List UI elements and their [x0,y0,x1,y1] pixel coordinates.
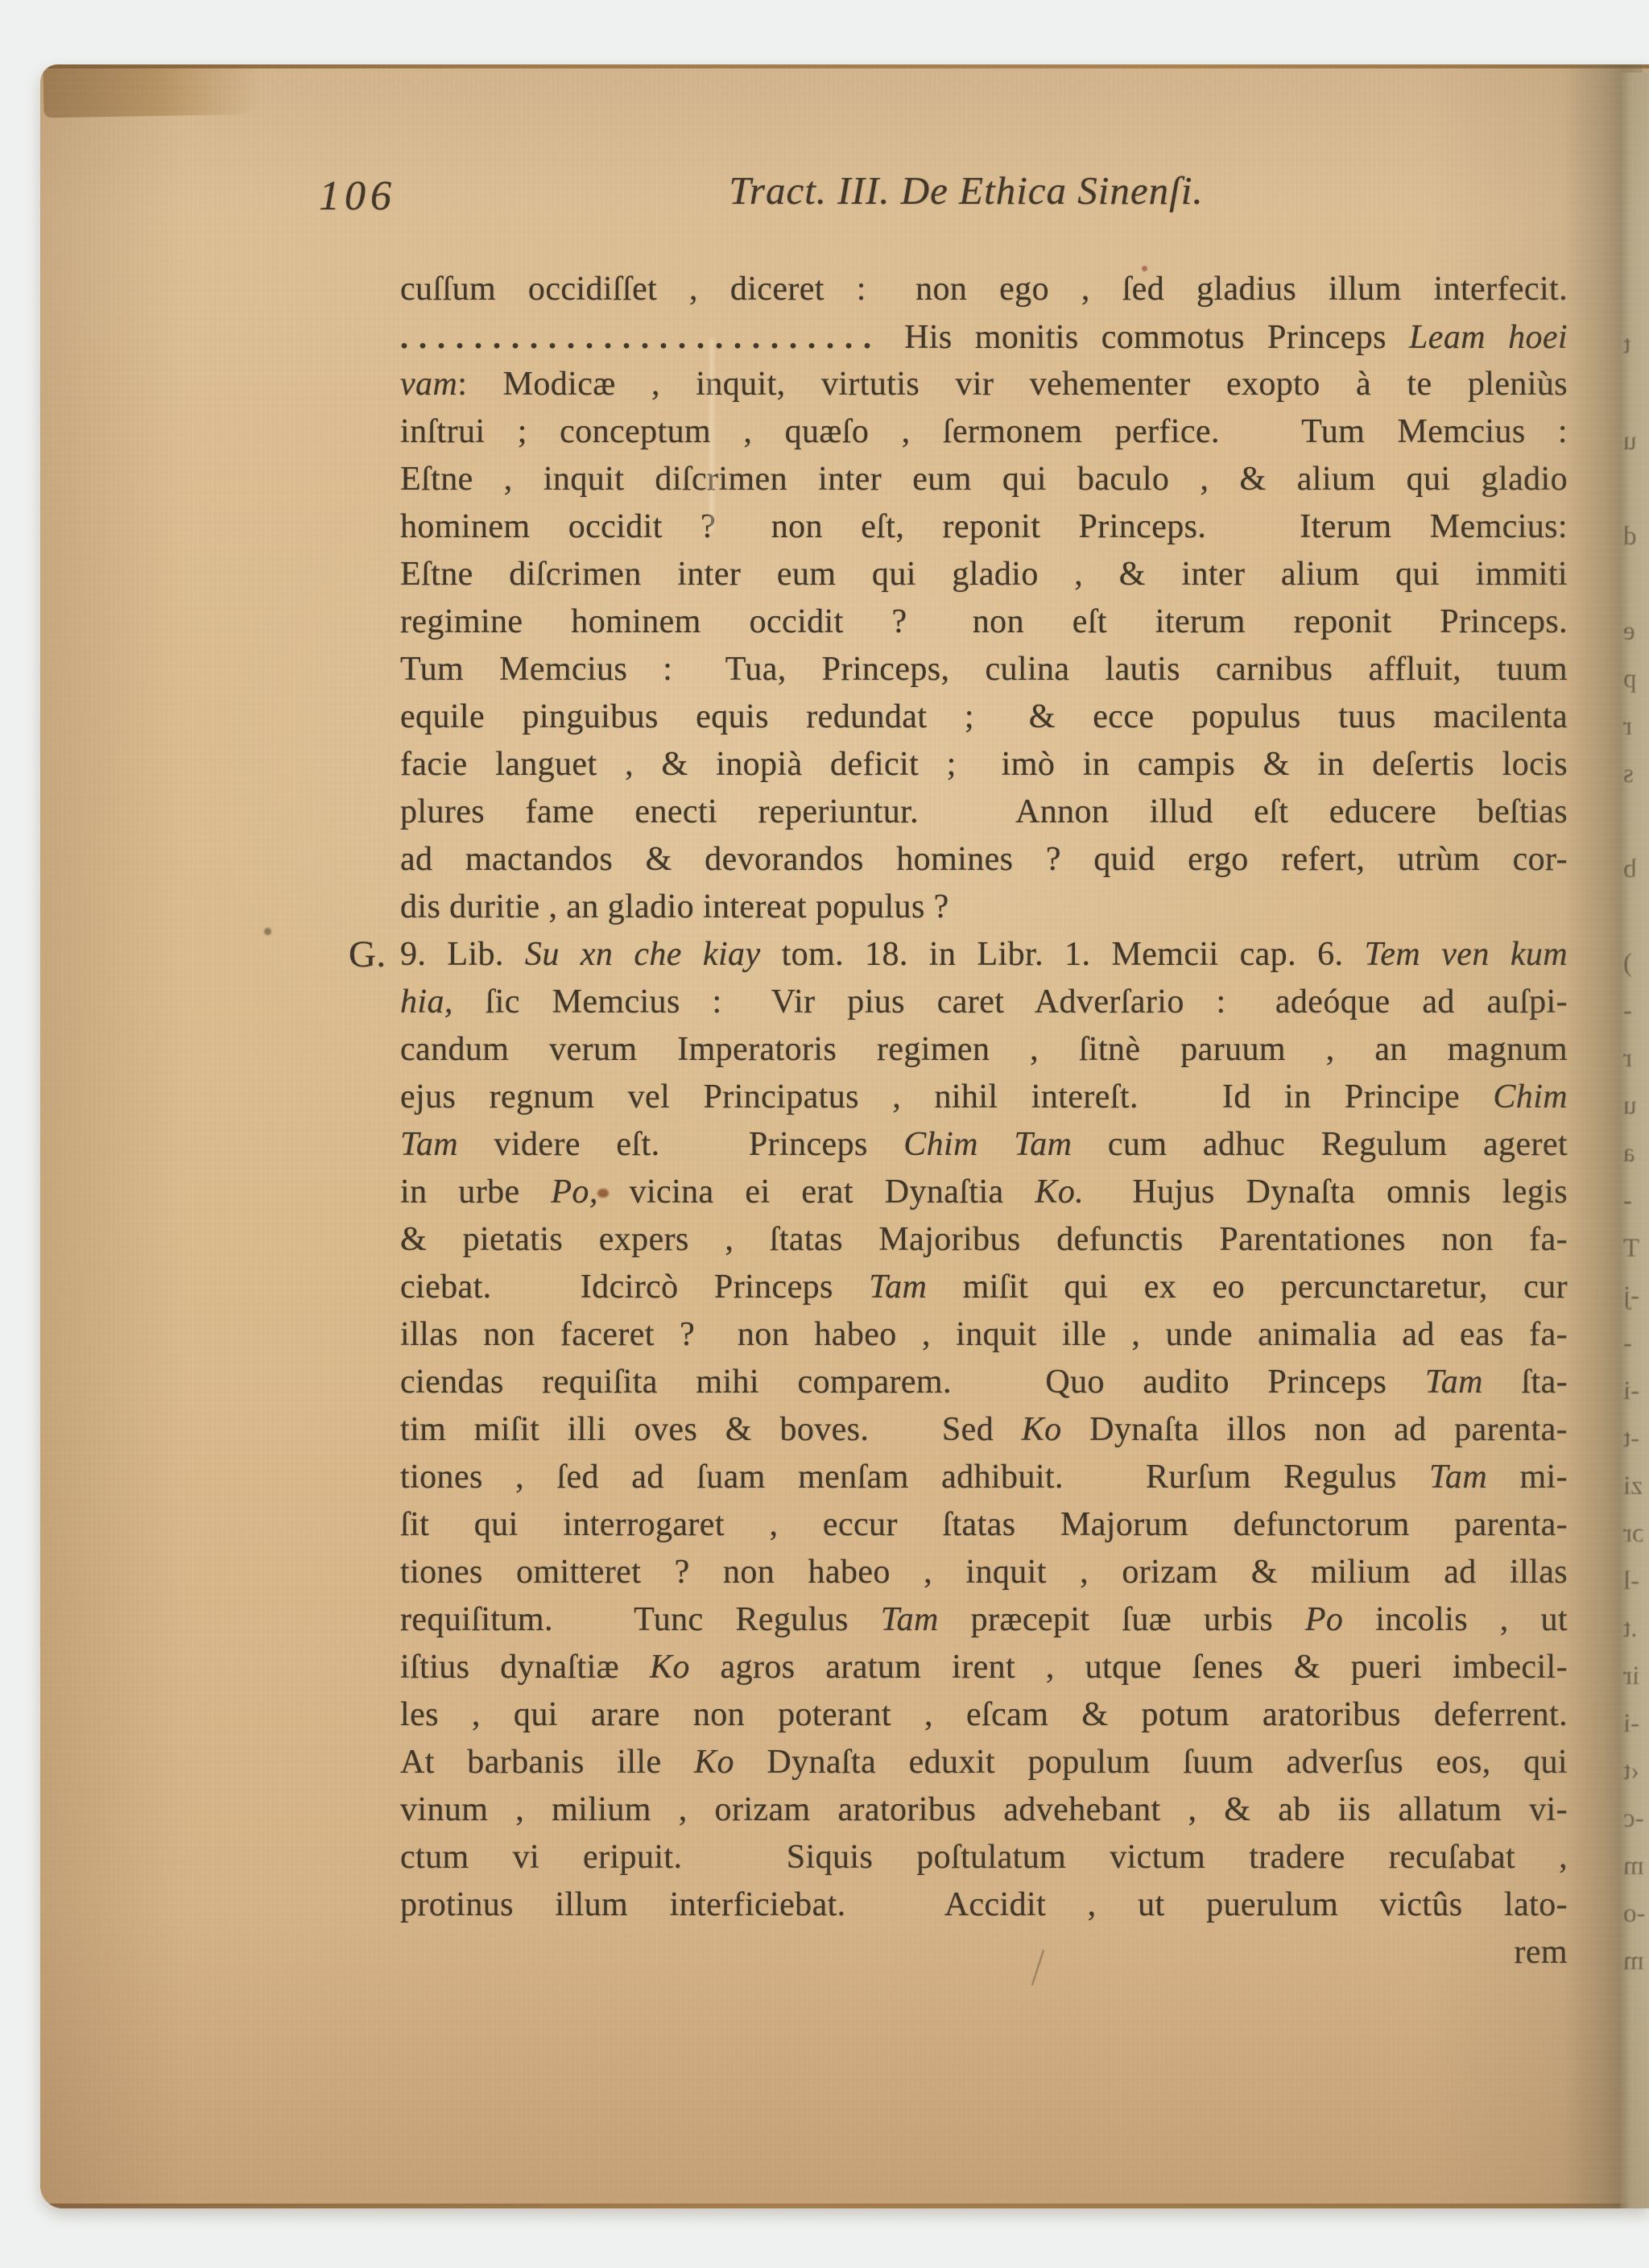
adjacent-page-text-fragment: r [1623,712,1632,741]
roman-text: præcepit ſuæ urbis [939,1601,1305,1638]
adjacent-page-text-fragment: ir [1623,1662,1639,1691]
roman-text: cuſſum occidiſſet , diceret : non ego , … [400,271,1568,308]
adjacent-page-text-fragment: ɔr [1623,1519,1644,1548]
roman-text: iſtius dynaſtiæ [400,1649,650,1686]
text-line: illas non faceret ? non habeo , inquit i… [400,1311,1568,1359]
scanned-book-spread: 106 Tract. III. De Ethica Sinenſi. cuſſu… [0,0,1649,2268]
ellipsis-leader: .......................... [400,319,882,355]
text-line: vam: Modicæ , inquit, virtutis vir vehem… [400,361,1568,408]
adjacent-page-edge: tudeprsb)-rua-T-j--i-tziɔr-l.tir-i‹t-cm-… [1620,72,1649,2208]
roman-text: tim miſit illi oves & boves. Sed [400,1411,1022,1448]
roman-text: protinus illum interficiebat. Accidit , … [400,1886,1568,1923]
roman-text: At barbanis ille [400,1744,694,1781]
adjacent-page-text-fragment: a [1623,1139,1635,1168]
roman-text: ejus regnum vel Principatus , nihil inte… [400,1078,1493,1115]
adjacent-page-text-fragment: -j [1623,1281,1639,1310]
italic-text: Ko [650,1649,690,1686]
adjacent-page-text-fragment: - [1623,1329,1632,1358]
adjacent-page-text-fragment: s [1623,759,1634,788]
text-line: hia, ſic Memcius : Vir pius caret Adverſ… [400,979,1568,1026]
body-text: cuſſum occidiſſet , diceret : non ego , … [400,266,1568,1976]
adjacent-page-text-fragment: -i [1623,1376,1639,1405]
roman-text: les , qui arare non poterant , eſcam & p… [400,1696,1568,1733]
running-title: Tract. III. De Ethica Sinenſi. [604,168,1329,213]
catchword: rem [400,1929,1568,1976]
roman-text: Eſtne , inquit diſcrimen inter eum qui b… [400,461,1568,498]
margin-gloss-letter: G. [349,931,386,979]
italic-text: Tam [400,1126,458,1163]
italic-text: Tam [869,1269,927,1306]
adjacent-page-text-fragment: -c [1623,1804,1644,1833]
text-line: ejus regnum vel Principatus , nihil inte… [400,1074,1568,1121]
roman-text: facie languet , & inopià deficit ; imò i… [400,746,1568,783]
italic-text: Ko [694,1744,734,1781]
text-line: tiones , ſed ad ſuam menſam adhibuit. Ru… [400,1454,1568,1501]
roman-text: equile pinguibus equis redundat ; & ecce… [400,698,1568,735]
roman-text: videre eſt. Princeps [458,1126,903,1163]
text-line: ciendas requiſita mihi comparem. Quo aud… [400,1359,1568,1406]
roman-text: 9. Lib. [400,936,525,973]
text-line: in urbe Po, vicina ei erat Dynaſtia Ko. … [400,1169,1568,1216]
adjacent-page-text-fragment: e [1623,617,1635,646]
italic-text: Po, [551,1173,597,1211]
text-line: hominem occidit ? non eſt, reponit Princ… [400,503,1568,551]
adjacent-page-text-fragment: m [1623,1852,1644,1881]
roman-text: rem [1515,1934,1568,1971]
text-line: ciebat. Idcircò Princeps Tam miſit qui e… [400,1264,1568,1311]
italic-text: Chim Tam [903,1126,1072,1163]
roman-text: & pietatis expers , ſtatas Majoribus def… [400,1221,1568,1258]
adjacent-page-text-fragment: -t [1623,1424,1639,1453]
italic-text: Leam hoei [1409,319,1568,356]
roman-text: Dynaſta eduxit populum ſuum adverſus eos… [734,1744,1568,1781]
adjacent-page-text-fragment: - [1623,996,1632,1025]
text-line: les , qui arare non poterant , eſcam & p… [400,1691,1568,1739]
text-line: ſit qui interrogaret , eccur ſtatas Majo… [400,1501,1568,1549]
roman-text: Hujus Dynaſta omnis legis [1084,1173,1568,1211]
roman-text: candum verum Imperatoris regimen , ſitnè… [400,1031,1568,1068]
text-line: regimine hominem occidit ? non eſt iteru… [400,598,1568,646]
roman-text: hominem occidit ? non eſt, reponit Princ… [400,508,1568,545]
text-line: ad mactandos & devorandos homines ? quid… [400,836,1568,884]
text-line: inſtrui ; conceptum , quæſo , ſermonem p… [400,408,1568,456]
text-line: Eſtne , inquit diſcrimen inter eum qui b… [400,456,1568,503]
roman-text: tom. 18. in Libr. 1. Memcii cap. 6. [761,936,1365,973]
italic-text: Chim [1493,1078,1568,1115]
roman-text: ciebat. Idcircò Princeps [400,1269,869,1306]
roman-text: vinum , milium , orizam aratoribus adveh… [400,1791,1568,1828]
roman-text: ctum vi eripuit. Siquis poſtulatum victu… [400,1839,1568,1876]
italic-text: Ko. [1035,1173,1084,1211]
text-line: & pietatis expers , ſtatas Majoribus def… [400,1216,1568,1264]
roman-text: miſit qui ex eo percunctaretur, cur [927,1269,1568,1306]
adjacent-page-text-fragment: p [1623,664,1637,693]
adjacent-page-text-fragment: m [1623,1947,1644,1976]
roman-text: in urbe [400,1173,551,1211]
binding-corner-patch [43,64,261,118]
italic-text: vam [400,366,457,403]
roman-text: tiones omitteret ? non habeo , inquit , … [400,1554,1568,1591]
roman-text: mi- [1487,1459,1568,1496]
adjacent-page-text-fragment: u [1623,427,1637,456]
binding-edge [40,64,84,2208]
adjacent-page-text-fragment: - [1623,1186,1632,1215]
roman-text: His monitis commotus Princeps [882,319,1409,356]
adjacent-page-text-fragment: ) [1623,949,1632,978]
adjacent-page-text-fragment: -i [1623,1709,1639,1738]
text-line: Eſtne diſcrimen inter eum qui gladio , &… [400,551,1568,598]
roman-text: Eſtne diſcrimen inter eum qui gladio , &… [400,556,1568,593]
italic-text: Tam [1425,1364,1483,1401]
italic-text: Ko [1022,1411,1062,1448]
italic-text: Tam [881,1601,939,1638]
book-page: 106 Tract. III. De Ethica Sinenſi. cuſſu… [40,64,1649,2208]
paper-speck [264,928,271,935]
roman-text: : Modicæ , inquit, virtutis vir vehement… [457,366,1568,403]
text-line: protinus illum interficiebat. Accidit , … [400,1881,1568,1929]
adjacent-page-text-fragment: -l [1623,1566,1639,1595]
text-line: plures fame enecti reperiuntur. Annon il… [400,788,1568,836]
adjacent-page-text-fragment: u [1623,1091,1637,1120]
roman-text: ſic Memcius : Vir pius caret Adverſario … [453,983,1568,1020]
roman-text: ſit qui interrogaret , eccur ſtatas Majo… [400,1506,1568,1543]
text-line: vinum , milium , orizam aratoribus adveh… [400,1786,1568,1834]
roman-text: agros aratum irent , utque ſenes & pueri… [690,1649,1568,1686]
text-line: cuſſum occidiſſet , diceret : non ego , … [400,266,1568,313]
text-line: Tam videre eſt. Princeps Chim Tam cum ad… [400,1121,1568,1169]
text-line: facie languet , & inopià deficit ; imò i… [400,741,1568,788]
roman-text: ciendas requiſita mihi comparem. Quo aud… [400,1364,1425,1401]
text-line: ctum vi eripuit. Siquis poſtulatum victu… [400,1834,1568,1881]
text-line: Tum Memcius : Tua, Princeps, culina laut… [400,646,1568,693]
italic-text: hia, [400,983,453,1020]
text-line: candum verum Imperatoris regimen , ſitnè… [400,1026,1568,1074]
text-line: .......................... His monitis c… [400,313,1568,361]
text-line: At barbanis ille Ko Dynaſta eduxit popul… [400,1739,1568,1786]
italic-text: Po [1305,1601,1343,1638]
adjacent-page-text-fragment: T [1623,1234,1639,1263]
roman-text: ad mactandos & devorandos homines ? quid… [400,841,1568,878]
roman-text: incolis , ut [1343,1601,1568,1638]
italic-text: Tam [1429,1459,1487,1496]
text-line: dis duritie , an gladio intereat populus… [400,884,1568,931]
adjacent-page-text-fragment: d [1623,522,1637,551]
roman-text: illas non faceret ? non habeo , inquit i… [400,1316,1568,1353]
text-line: equile pinguibus equis redundat ; & ecce… [400,693,1568,741]
page-bottom-edge [40,2204,1649,2208]
roman-text: regimine hominem occidit ? non eſt iteru… [400,603,1568,640]
adjacent-page-text-fragment: .t [1623,1614,1637,1643]
page-top-edge [40,64,1649,68]
adjacent-page-text-fragment: b [1623,855,1637,884]
text-line: requiſitum. Tunc Regulus Tam præcepit ſu… [400,1596,1568,1644]
roman-text: plures fame enecti reperiuntur. Annon il… [400,793,1568,830]
roman-text: Tum Memcius : Tua, Princeps, culina laut… [400,651,1568,688]
text-line: tim miſit illi oves & boves. Sed Ko Dyna… [400,1406,1568,1454]
roman-text: cum adhuc Regulum ageret [1072,1126,1568,1163]
page-number: 106 [319,172,396,220]
italic-text: Su xn che kiay [525,936,761,973]
roman-text: vicina ei erat Dynaſtia [598,1173,1035,1211]
italic-text: Tem ven kum [1364,936,1568,973]
roman-text: inſtrui ; conceptum , quæſo , ſermonem p… [400,413,1568,450]
text-line: iſtius dynaſtiæ Ko agros aratum irent , … [400,1644,1568,1691]
text-line: tiones omitteret ? non habeo , inquit , … [400,1549,1568,1596]
adjacent-page-text-fragment: zi [1623,1471,1643,1500]
adjacent-page-text-fragment: -o [1623,1899,1646,1928]
adjacent-page-text-fragment: r [1623,1044,1632,1073]
adjacent-page-text-fragment: t [1623,330,1630,359]
roman-text: ſta- [1483,1364,1568,1401]
roman-text: requiſitum. Tunc Regulus [400,1601,881,1638]
roman-text: dis duritie , an gladio intereat populus… [400,888,949,925]
text-line: G.9. Lib. Su xn che kiay tom. 18. in Lib… [400,931,1568,979]
adjacent-page-text-fragment: ‹t [1623,1757,1639,1786]
roman-text: tiones , ſed ad ſuam menſam adhibuit. Ru… [400,1459,1429,1496]
roman-text: Dynaſta illos non ad parenta- [1062,1411,1568,1448]
